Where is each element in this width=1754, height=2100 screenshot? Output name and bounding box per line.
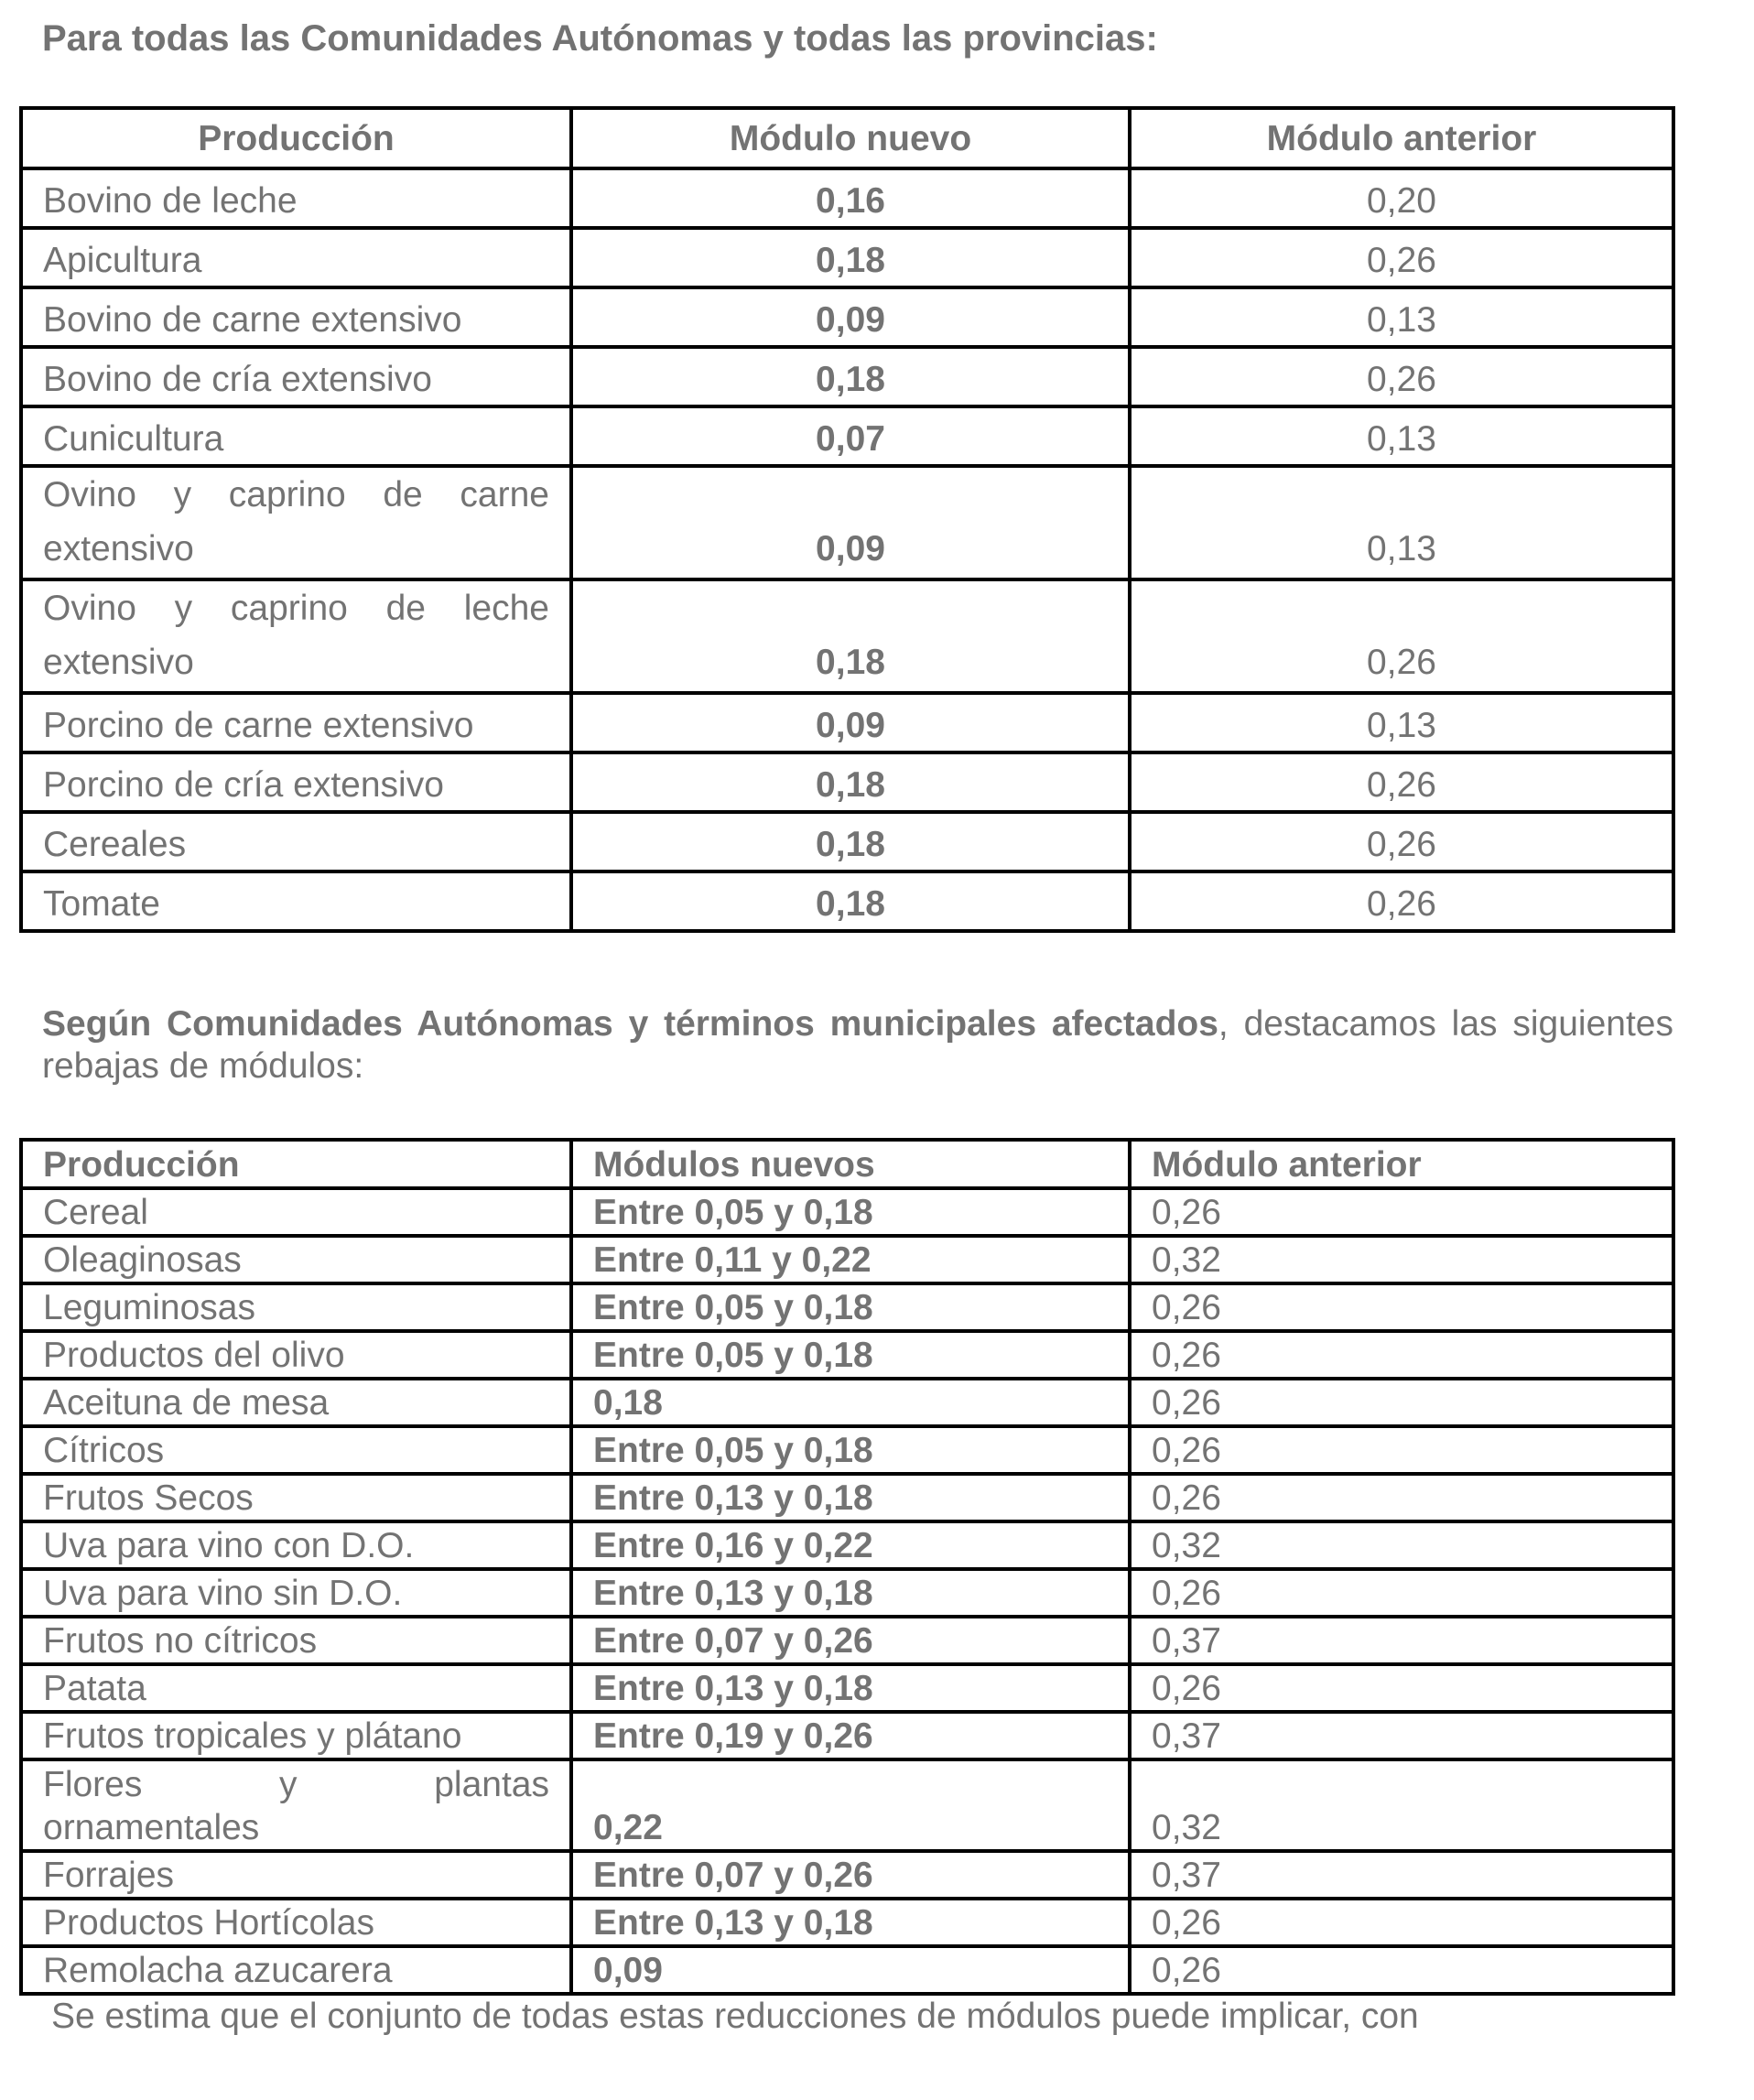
cell-modulo-nuevo: Entre 0,05 y 0,18: [571, 1331, 1130, 1379]
table-row: LeguminosasEntre 0,05 y 0,180,26: [21, 1283, 1673, 1331]
cell-produccion-line2: extensivo: [43, 635, 549, 689]
table-row: Cunicultura0,070,13: [21, 406, 1673, 466]
header-modulo-nuevo: Módulo nuevo: [571, 108, 1130, 168]
section2-intro-bold: Según Comunidades Autónomas y términos m…: [42, 1004, 1218, 1044]
cell-produccion: Frutos no cítricos: [21, 1617, 571, 1664]
footer-paragraph: Se estima que el conjunto de todas estas…: [51, 1996, 1419, 2038]
table-row: ForrajesEntre 0,07 y 0,260,37: [21, 1851, 1673, 1899]
cell-produccion: Uva para vino con D.O.: [21, 1521, 571, 1569]
cell-modulo-anterior: 0,26: [1130, 1474, 1673, 1521]
table-row: Ovino y caprino de carneextensivo0,090,1…: [21, 466, 1673, 579]
header-modulo-anterior: Módulo anterior: [1130, 1140, 1673, 1188]
cell-modulo-nuevo: Entre 0,07 y 0,26: [571, 1851, 1130, 1899]
table-row: Porcino de cría extensivo0,180,26: [21, 752, 1673, 812]
cell-produccion: Cereal: [21, 1188, 571, 1236]
cell-modulo-anterior: 0,32: [1130, 1521, 1673, 1569]
cell-modulo-anterior: 0,13: [1130, 693, 1673, 752]
table-body: CerealEntre 0,05 y 0,180,26OleaginosasEn…: [21, 1188, 1673, 1994]
cell-modulo-nuevo: 0,18: [571, 579, 1130, 693]
cell-produccion: Flores y plantasornamentales: [21, 1759, 571, 1851]
cell-modulo-nuevo: 0,09: [571, 693, 1130, 752]
cell-modulo-anterior: 0,26: [1130, 1331, 1673, 1379]
cell-modulo-anterior: 0,13: [1130, 466, 1673, 579]
header-produccion: Producción: [21, 108, 571, 168]
cell-modulo-anterior: 0,20: [1130, 168, 1673, 228]
cell-modulo-nuevo: 0,09: [571, 466, 1130, 579]
cell-produccion: Patata: [21, 1664, 571, 1712]
cell-modulo-anterior: 0,13: [1130, 406, 1673, 466]
cell-produccion: Apicultura: [21, 228, 571, 287]
cell-produccion: Ovino y caprino de carneextensivo: [21, 466, 571, 579]
table-row: Aceituna de mesa0,180,26: [21, 1379, 1673, 1426]
cell-produccion: Bovino de leche: [21, 168, 571, 228]
table-header-row: Producción Módulos nuevos Módulo anterio…: [21, 1140, 1673, 1188]
table-header-row: Producción Módulo nuevo Módulo anterior: [21, 108, 1673, 168]
table-row: OleaginosasEntre 0,11 y 0,220,32: [21, 1236, 1673, 1283]
cell-produccion: Uva para vino sin D.O.: [21, 1569, 571, 1617]
cell-produccion: Productos Hortícolas: [21, 1899, 571, 1946]
cell-modulo-anterior: 0,26: [1130, 812, 1673, 871]
cell-modulo-nuevo: 0,22: [571, 1759, 1130, 1851]
section2-intro: Según Comunidades Autónomas y términos m…: [42, 1003, 1673, 1088]
table-body: Bovino de leche0,160,20Apicultura0,180,2…: [21, 168, 1673, 931]
cell-produccion: Frutos tropicales y plátano: [21, 1712, 571, 1759]
cell-produccion: Tomate: [21, 871, 571, 931]
cell-modulo-nuevo: 0,18: [571, 812, 1130, 871]
cell-modulo-anterior: 0,26: [1130, 1946, 1673, 1994]
table-row: Tomate0,180,26: [21, 871, 1673, 931]
table-row: Frutos no cítricosEntre 0,07 y 0,260,37: [21, 1617, 1673, 1664]
cell-modulo-anterior: 0,26: [1130, 1426, 1673, 1474]
cell-modulo-anterior: 0,26: [1130, 1664, 1673, 1712]
cell-modulo-nuevo: 0,18: [571, 228, 1130, 287]
table-row: CítricosEntre 0,05 y 0,180,26: [21, 1426, 1673, 1474]
cell-modulo-nuevo: 0,18: [571, 347, 1130, 406]
table-row: Bovino de carne extensivo0,090,13: [21, 287, 1673, 347]
table-row: CerealEntre 0,05 y 0,180,26: [21, 1188, 1673, 1236]
cell-modulo-anterior: 0,26: [1130, 347, 1673, 406]
cell-modulo-anterior: 0,26: [1130, 1283, 1673, 1331]
cell-modulo-anterior: 0,26: [1130, 1569, 1673, 1617]
table-row: Productos HortícolasEntre 0,13 y 0,180,2…: [21, 1899, 1673, 1946]
table-row: PatataEntre 0,13 y 0,180,26: [21, 1664, 1673, 1712]
cell-produccion: Cereales: [21, 812, 571, 871]
section1-title: Para todas las Comunidades Autónomas y t…: [42, 13, 1158, 64]
table-row: Cereales0,180,26: [21, 812, 1673, 871]
cell-produccion: Ovino y caprino de lecheextensivo: [21, 579, 571, 693]
cell-modulo-nuevo: Entre 0,13 y 0,18: [571, 1664, 1130, 1712]
cell-modulo-nuevo: Entre 0,11 y 0,22: [571, 1236, 1130, 1283]
cell-produccion: Bovino de carne extensivo: [21, 287, 571, 347]
table-row: Frutos tropicales y plátanoEntre 0,19 y …: [21, 1712, 1673, 1759]
cell-modulo-anterior: 0,26: [1130, 1379, 1673, 1426]
cell-modulo-anterior: 0,26: [1130, 752, 1673, 812]
cell-produccion: Oleaginosas: [21, 1236, 571, 1283]
cell-modulo-anterior: 0,26: [1130, 871, 1673, 931]
cell-modulo-nuevo: Entre 0,16 y 0,22: [571, 1521, 1130, 1569]
cell-produccion-line1: Ovino y caprino de leche: [43, 581, 549, 635]
cell-modulo-anterior: 0,37: [1130, 1617, 1673, 1664]
table-row: Bovino de cría extensivo0,180,26: [21, 347, 1673, 406]
cell-produccion: Cunicultura: [21, 406, 571, 466]
cell-produccion-line1: Flores y plantas: [43, 1763, 549, 1806]
cell-modulo-anterior: 0,26: [1130, 1899, 1673, 1946]
cell-produccion: Frutos Secos: [21, 1474, 571, 1521]
header-modulo-anterior: Módulo anterior: [1130, 108, 1673, 168]
cell-modulo-anterior: 0,37: [1130, 1712, 1673, 1759]
table-row: Uva para vino con D.O.Entre 0,16 y 0,220…: [21, 1521, 1673, 1569]
modules-table-by-region: Producción Módulos nuevos Módulo anterio…: [19, 1138, 1675, 1996]
cell-produccion: Bovino de cría extensivo: [21, 347, 571, 406]
cell-produccion: Leguminosas: [21, 1283, 571, 1331]
cell-produccion: Cítricos: [21, 1426, 571, 1474]
cell-modulo-nuevo: 0,18: [571, 1379, 1130, 1426]
cell-modulo-nuevo: Entre 0,05 y 0,18: [571, 1426, 1130, 1474]
cell-modulo-nuevo: 0,07: [571, 406, 1130, 466]
cell-modulo-anterior: 0,26: [1130, 579, 1673, 693]
cell-modulo-nuevo: Entre 0,19 y 0,26: [571, 1712, 1130, 1759]
cell-modulo-nuevo: 0,16: [571, 168, 1130, 228]
cell-modulo-nuevo: 0,09: [571, 1946, 1130, 1994]
cell-modulo-nuevo: 0,18: [571, 871, 1130, 931]
cell-produccion: Productos del olivo: [21, 1331, 571, 1379]
cell-modulo-nuevo: 0,18: [571, 752, 1130, 812]
table-row: Remolacha azucarera0,090,26: [21, 1946, 1673, 1994]
cell-modulo-nuevo: Entre 0,05 y 0,18: [571, 1283, 1130, 1331]
table-row: Porcino de carne extensivo0,090,13: [21, 693, 1673, 752]
cell-modulo-anterior: 0,32: [1130, 1236, 1673, 1283]
cell-modulo-nuevo: Entre 0,05 y 0,18: [571, 1188, 1130, 1236]
cell-produccion-line2: ornamentales: [43, 1806, 549, 1849]
cell-modulo-nuevo: Entre 0,13 y 0,18: [571, 1569, 1130, 1617]
table-row: Frutos SecosEntre 0,13 y 0,180,26: [21, 1474, 1673, 1521]
cell-modulo-anterior: 0,26: [1130, 1188, 1673, 1236]
cell-produccion-line2: extensivo: [43, 522, 549, 576]
cell-modulo-nuevo: 0,09: [571, 287, 1130, 347]
header-modulos-nuevos: Módulos nuevos: [571, 1140, 1130, 1188]
table-row: Flores y plantasornamentales0,220,32: [21, 1759, 1673, 1851]
cell-modulo-anterior: 0,13: [1130, 287, 1673, 347]
table-row: Uva para vino sin D.O.Entre 0,13 y 0,180…: [21, 1569, 1673, 1617]
table-row: Apicultura0,180,26: [21, 228, 1673, 287]
cell-produccion: Porcino de cría extensivo: [21, 752, 571, 812]
cell-modulo-anterior: 0,32: [1130, 1759, 1673, 1851]
cell-modulo-anterior: 0,26: [1130, 228, 1673, 287]
cell-produccion: Aceituna de mesa: [21, 1379, 571, 1426]
cell-modulo-nuevo: Entre 0,13 y 0,18: [571, 1474, 1130, 1521]
cell-produccion-line1: Ovino y caprino de carne: [43, 468, 549, 522]
table-row: Bovino de leche0,160,20: [21, 168, 1673, 228]
cell-produccion: Porcino de carne extensivo: [21, 693, 571, 752]
header-produccion: Producción: [21, 1140, 571, 1188]
cell-produccion: Remolacha azucarera: [21, 1946, 571, 1994]
cell-modulo-anterior: 0,37: [1130, 1851, 1673, 1899]
cell-produccion: Forrajes: [21, 1851, 571, 1899]
cell-modulo-nuevo: Entre 0,13 y 0,18: [571, 1899, 1130, 1946]
table-row: Ovino y caprino de lecheextensivo0,180,2…: [21, 579, 1673, 693]
cell-modulo-nuevo: Entre 0,07 y 0,26: [571, 1617, 1130, 1664]
table-row: Productos del olivoEntre 0,05 y 0,180,26: [21, 1331, 1673, 1379]
modules-table-all-regions: Producción Módulo nuevo Módulo anterior …: [19, 106, 1675, 933]
